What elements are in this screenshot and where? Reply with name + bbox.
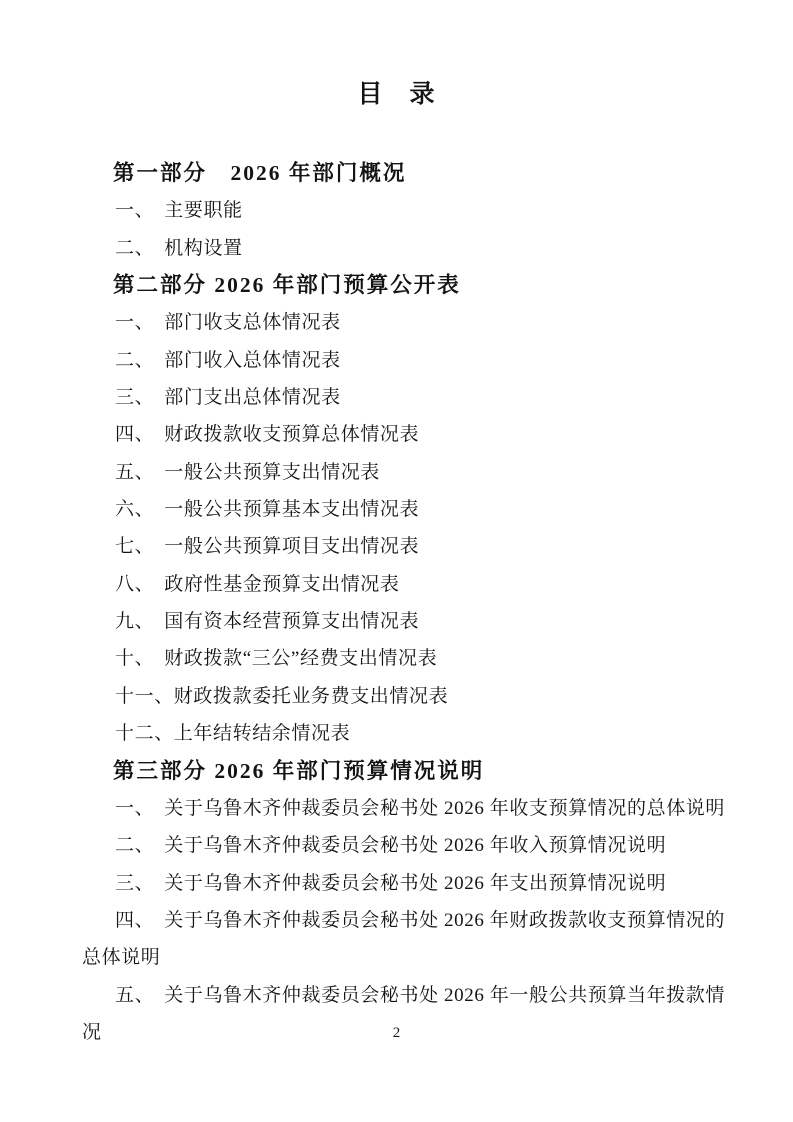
toc-item: 九、 国有资本经营预算支出情况表 [82, 603, 742, 640]
table-of-contents: 第一部分 2026 年部门概况一、 主要职能二、 机构设置第二部分 2026 年… [82, 155, 742, 1051]
toc-item: 五、 一般公共预算支出情况表 [82, 454, 742, 491]
toc-item: 四、 关于乌鲁木齐仲裁委员会秘书处 2026 年财政拨款收支预算情况的总体说明 [82, 902, 742, 977]
toc-item: 三、 关于乌鲁木齐仲裁委员会秘书处 2026 年支出预算情况说明 [82, 865, 742, 902]
toc-item: 一、 关于乌鲁木齐仲裁委员会秘书处 2026 年收支预算情况的总体说明 [82, 790, 742, 827]
toc-item: 三、 部门支出总体情况表 [82, 379, 742, 416]
toc-item: 二、 关于乌鲁木齐仲裁委员会秘书处 2026 年收入预算情况说明 [82, 827, 742, 864]
toc-section-heading: 第二部分 2026 年部门预算公开表 [82, 267, 742, 304]
toc-section-heading: 第三部分 2026 年部门预算情况说明 [82, 753, 742, 790]
toc-item: 四、 财政拨款收支预算总体情况表 [82, 416, 742, 453]
toc-item: 七、 一般公共预算项目支出情况表 [82, 528, 742, 565]
toc-item: 一、 主要职能 [82, 192, 742, 229]
toc-item: 十一、财政拨款委托业务费支出情况表 [82, 678, 742, 715]
toc-section-heading: 第一部分 2026 年部门概况 [82, 155, 742, 192]
toc-item: 八、 政府性基金预算支出情况表 [82, 566, 742, 603]
toc-item: 六、 一般公共预算基本支出情况表 [82, 491, 742, 528]
document-title: 目 录 [0, 78, 793, 112]
toc-item: 十二、上年结转结余情况表 [82, 715, 742, 752]
document-page: 目 录 第一部分 2026 年部门概况一、 主要职能二、 机构设置第二部分 20… [0, 0, 793, 1122]
toc-item: 二、 机构设置 [82, 230, 742, 267]
toc-item: 二、 部门收入总体情况表 [82, 342, 742, 379]
page-number: 2 [0, 1024, 793, 1042]
toc-item: 一、 部门收支总体情况表 [82, 304, 742, 341]
toc-item: 十、 财政拨款“三公”经费支出情况表 [82, 640, 742, 677]
